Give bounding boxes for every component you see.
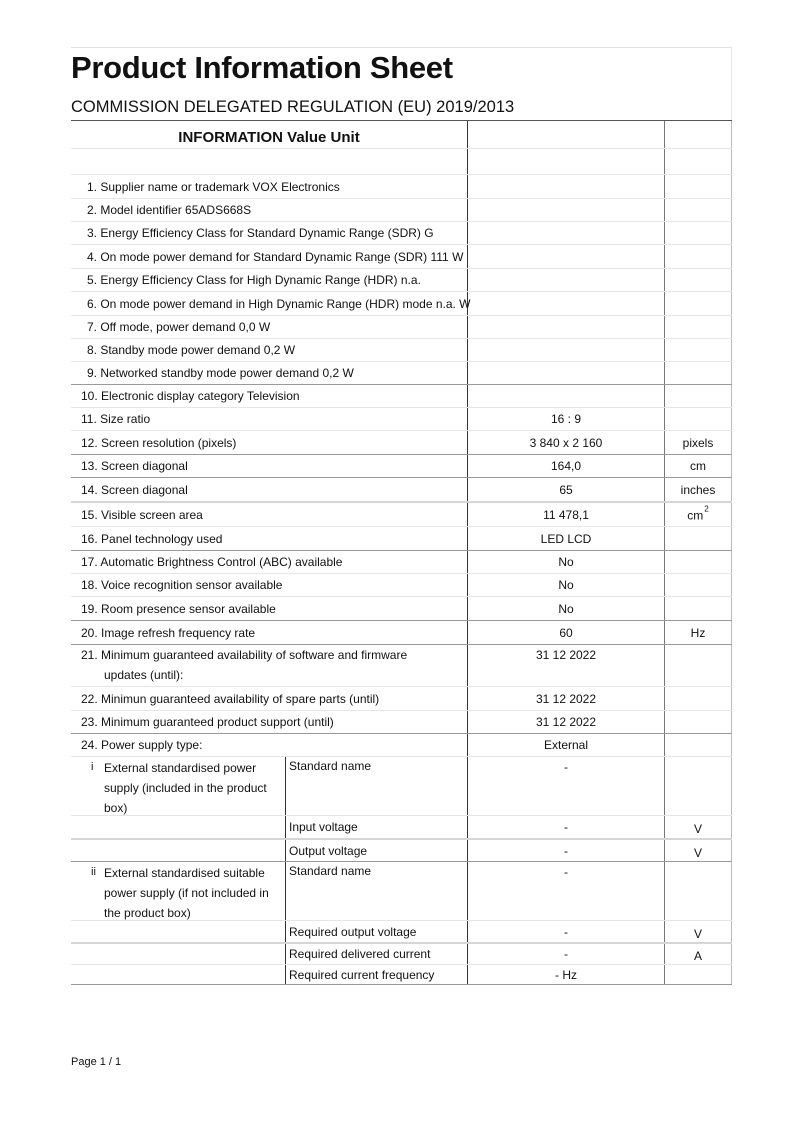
field-name: Standard name bbox=[289, 864, 371, 878]
value-cell: LED LCD bbox=[468, 532, 664, 546]
field-value: - Hz bbox=[468, 968, 664, 982]
table-row: 2. Model identifier 65ADS668S bbox=[71, 199, 732, 222]
value-cell: 3 840 x 2 160 bbox=[468, 436, 664, 450]
value-cell: No bbox=[468, 578, 664, 592]
table-row: 8. Standby mode power demand 0,2 W bbox=[71, 339, 732, 362]
info-label-continued: updates (until): bbox=[104, 668, 183, 682]
table-row: 15. Visible screen area 11 478,1 cm2 bbox=[71, 503, 732, 527]
table-row: 24. Power supply type: External bbox=[71, 734, 732, 757]
field-value: - bbox=[468, 820, 664, 834]
table-row: 10. Electronic display category Televisi… bbox=[71, 385, 732, 408]
value-cell: No bbox=[468, 602, 664, 616]
info-label: 1. Supplier name or trademark VOX Electr… bbox=[87, 180, 340, 194]
field-value: - bbox=[468, 947, 664, 961]
info-label: 15. Visible screen area bbox=[81, 508, 203, 522]
table-row: 20. Image refresh frequency rate 60 Hz bbox=[71, 621, 732, 645]
info-label: 18. Voice recognition sensor available bbox=[81, 578, 282, 592]
info-label: 5. Energy Efficiency Class for High Dyna… bbox=[87, 273, 421, 287]
value-cell: 65 bbox=[468, 483, 664, 497]
field-name: Standard name bbox=[289, 759, 371, 773]
table-row: 13. Screen diagonal 164,0 cm bbox=[71, 455, 732, 478]
info-label: 9. Networked standby mode power demand 0… bbox=[87, 366, 354, 380]
unit-label: cm bbox=[665, 459, 731, 473]
info-label: 11. Size ratio bbox=[81, 412, 150, 426]
table-row: 12. Screen resolution (pixels) 3 840 x 2… bbox=[71, 431, 732, 455]
value-cell: 11 478,1 bbox=[468, 508, 664, 522]
unit-label: cm2 bbox=[665, 507, 731, 522]
power-supply-row: Required current frequency - Hz bbox=[71, 965, 732, 985]
field-unit: V bbox=[665, 822, 731, 836]
table-row: 5. Energy Efficiency Class for High Dyna… bbox=[71, 269, 732, 292]
power-supply-label: External standardised power supply (incl… bbox=[104, 758, 282, 818]
field-value: - bbox=[468, 865, 664, 879]
field-name: Output voltage bbox=[289, 844, 367, 858]
field-name: Input voltage bbox=[289, 820, 358, 834]
field-name: Required delivered current bbox=[289, 947, 430, 961]
table-spacer-row bbox=[71, 149, 732, 175]
info-label: 12. Screen resolution (pixels) bbox=[81, 436, 236, 450]
power-supply-row: Required output voltage - V bbox=[71, 921, 732, 944]
table-row: 9. Networked standby mode power demand 0… bbox=[71, 362, 732, 385]
info-label: 2. Model identifier 65ADS668S bbox=[87, 203, 251, 217]
info-label: 13. Screen diagonal bbox=[81, 459, 188, 473]
field-name: Required output voltage bbox=[289, 925, 416, 939]
table-row: 7. Off mode, power demand 0,0 W bbox=[71, 316, 732, 339]
table-row: 21. Minimum guaranteed availability of s… bbox=[71, 645, 732, 687]
info-label: 17. Automatic Brightness Control (ABC) a… bbox=[81, 555, 342, 569]
power-supply-label: External standardised suitable power sup… bbox=[104, 863, 282, 923]
info-label: 8. Standby mode power demand 0,2 W bbox=[87, 343, 295, 357]
power-supply-row: i External standardised power supply (in… bbox=[71, 757, 732, 816]
power-supply-row: Input voltage - V bbox=[71, 816, 732, 840]
table-row: 4. On mode power demand for Standard Dyn… bbox=[71, 245, 732, 269]
roman-marker: ii bbox=[91, 866, 96, 878]
value-cell: 164,0 bbox=[468, 459, 664, 473]
value-cell: 31 12 2022 bbox=[468, 715, 664, 729]
table-row: 14. Screen diagonal 65 inches bbox=[71, 478, 732, 503]
field-name: Required current frequency bbox=[289, 968, 434, 982]
field-unit: V bbox=[665, 846, 731, 860]
info-label: 6. On mode power demand in High Dynamic … bbox=[87, 297, 471, 311]
table-row: 16. Panel technology used LED LCD bbox=[71, 527, 732, 551]
info-label: 20. Image refresh frequency rate bbox=[81, 626, 255, 640]
regulation-subtitle: COMMISSION DELEGATED REGULATION (EU) 201… bbox=[71, 98, 514, 117]
value-cell: 60 bbox=[468, 626, 664, 640]
sheet-header: Product Information Sheet COMMISSION DEL… bbox=[71, 47, 732, 120]
information-table: INFORMATION Value Unit 1. Supplier name … bbox=[71, 120, 732, 985]
page-number: Page 1 / 1 bbox=[71, 1056, 121, 1068]
info-label: 21. Minimum guaranteed availability of s… bbox=[81, 648, 407, 662]
info-label: 10. Electronic display category Televisi… bbox=[81, 389, 300, 403]
unit-label: Hz bbox=[665, 626, 731, 640]
power-supply-row: Required delivered current - A bbox=[71, 944, 732, 965]
info-label: 16. Panel technology used bbox=[81, 532, 222, 546]
table-header: INFORMATION Value Unit bbox=[71, 129, 467, 146]
info-label: 24. Power supply type: bbox=[81, 738, 202, 752]
page-title: Product Information Sheet bbox=[71, 50, 453, 86]
info-label: 22. Minimun guaranteed availability of s… bbox=[81, 692, 379, 706]
power-supply-row: Output voltage - V bbox=[71, 840, 732, 862]
field-value: - bbox=[468, 925, 664, 939]
power-supply-section: i External standardised power supply (in… bbox=[71, 757, 732, 985]
value-cell: 31 12 2022 bbox=[468, 692, 664, 706]
product-information-sheet: Product Information Sheet COMMISSION DEL… bbox=[71, 47, 732, 985]
table-row: 23. Minimum guaranteed product support (… bbox=[71, 711, 732, 734]
unit-label: inches bbox=[665, 483, 731, 497]
field-value: - bbox=[468, 844, 664, 858]
table-row: 3. Energy Efficiency Class for Standard … bbox=[71, 222, 732, 245]
info-label: 7. Off mode, power demand 0,0 W bbox=[87, 320, 270, 334]
table-row: 17. Automatic Brightness Control (ABC) a… bbox=[71, 551, 732, 574]
info-label: 23. Minimum guaranteed product support (… bbox=[81, 715, 334, 729]
field-unit: V bbox=[665, 927, 731, 941]
value-cell: External bbox=[468, 738, 664, 752]
power-supply-row: ii External standardised suitable power … bbox=[71, 862, 732, 921]
table-row: 11. Size ratio 16 : 9 bbox=[71, 408, 732, 431]
roman-marker: i bbox=[91, 761, 93, 773]
value-cell: No bbox=[468, 555, 664, 569]
table-row: 22. Minimun guaranteed availability of s… bbox=[71, 687, 732, 711]
table-row: 1. Supplier name or trademark VOX Electr… bbox=[71, 175, 732, 199]
info-label: 19. Room presence sensor available bbox=[81, 602, 276, 616]
field-unit: A bbox=[665, 949, 731, 963]
info-label: 14. Screen diagonal bbox=[81, 483, 188, 497]
value-cell: 16 : 9 bbox=[468, 412, 664, 426]
info-label: 4. On mode power demand for Standard Dyn… bbox=[87, 250, 463, 264]
table-body: 1. Supplier name or trademark VOX Electr… bbox=[71, 175, 732, 757]
unit-label: pixels bbox=[665, 436, 731, 450]
table-row: 18. Voice recognition sensor available N… bbox=[71, 574, 732, 597]
table-row: 6. On mode power demand in High Dynamic … bbox=[71, 292, 732, 316]
table-header-row: INFORMATION Value Unit bbox=[71, 121, 732, 149]
info-label: 3. Energy Efficiency Class for Standard … bbox=[87, 226, 434, 240]
table-row: 19. Room presence sensor available No bbox=[71, 597, 732, 621]
field-value: - bbox=[468, 760, 664, 774]
value-cell: 31 12 2022 bbox=[468, 648, 664, 662]
